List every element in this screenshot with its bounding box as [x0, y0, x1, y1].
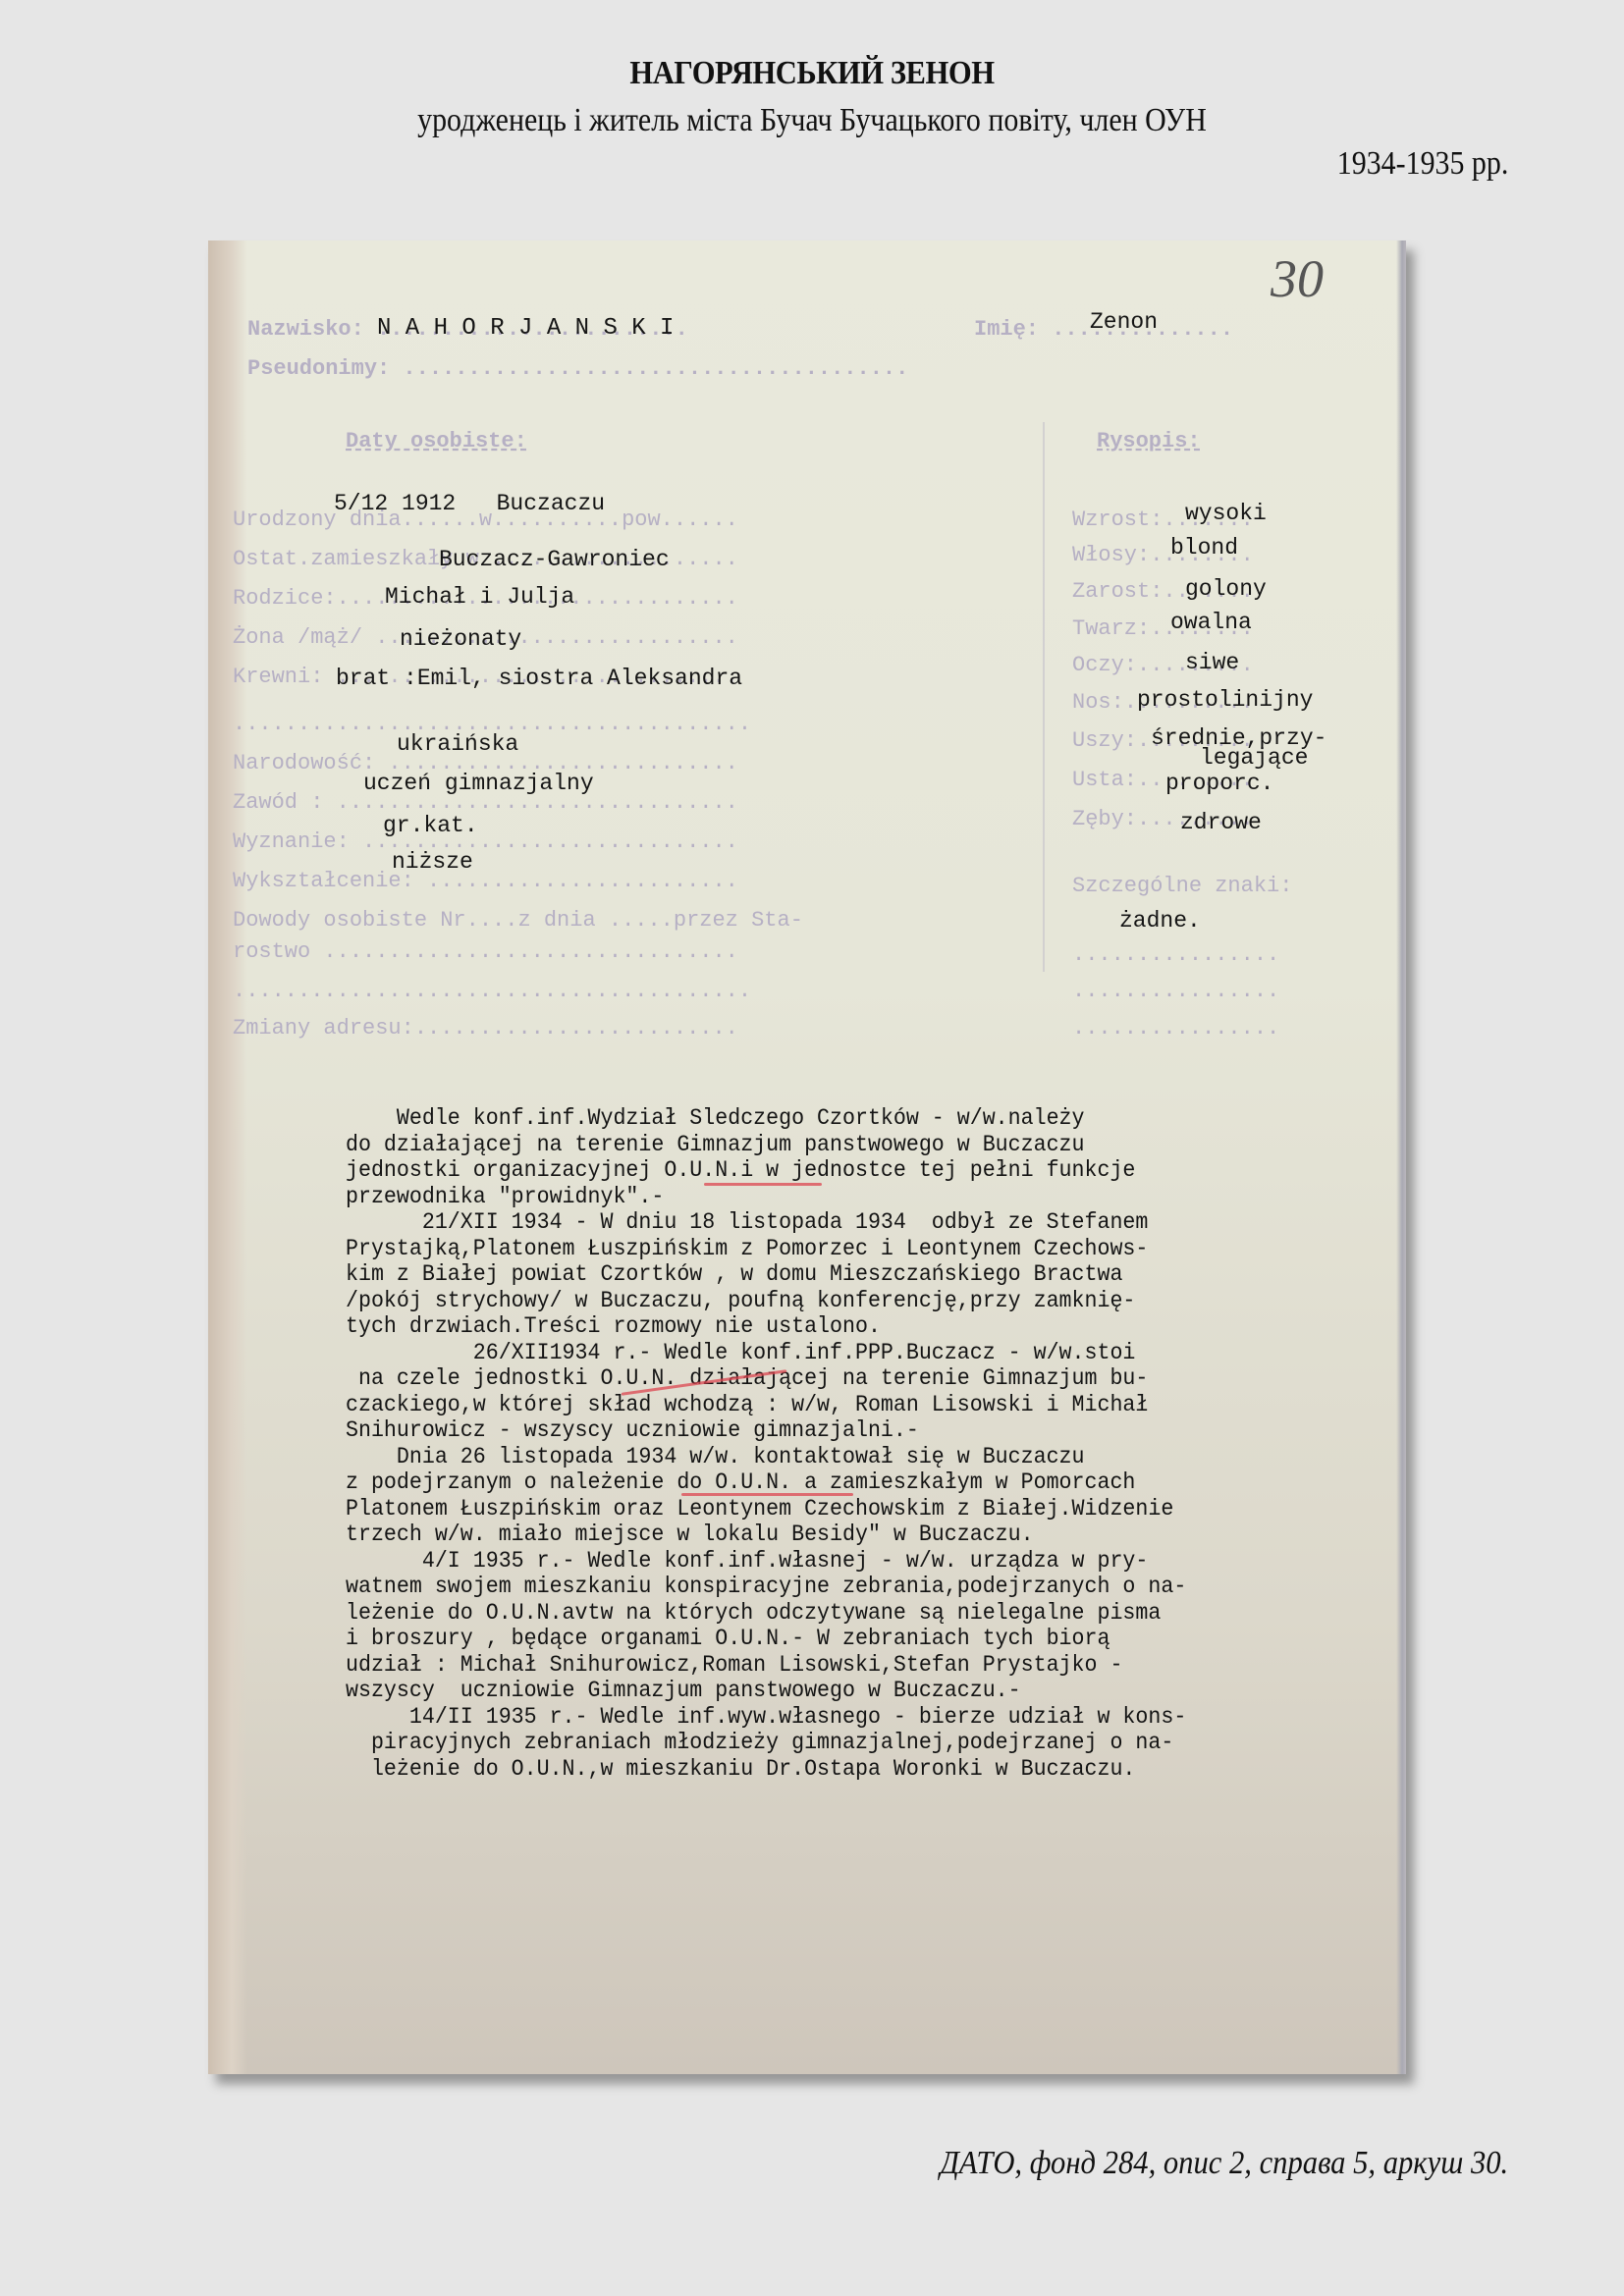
typed-surname: N A H O R J A N S K I — [377, 315, 674, 342]
form-field-label: ................ — [1072, 942, 1279, 967]
form-field-label: Dowody osobiste Nr....z dnia .....przez … — [233, 908, 803, 933]
typed-mouth: proporc. — [1165, 771, 1273, 796]
typed-last-residence: Buczacz-Gawroniec — [439, 547, 670, 572]
narrative-line: Snihurowicz - wszyscy uczniowie gimnazja… — [346, 1418, 1285, 1445]
typed-special-marks: żadne. — [1119, 908, 1201, 934]
form-field-label: rostwo ................................ — [233, 939, 738, 964]
narrative-line: 14/II 1935 r.- Wedle inf.wyw.własnego - … — [346, 1705, 1285, 1732]
date-range: 1934-1935 рр. — [1336, 145, 1508, 183]
column-divider — [1043, 422, 1045, 972]
narrative-line: wszyscy uczniowie Gimnazjum panstwowego … — [346, 1679, 1285, 1705]
narrative-line: 21/XII 1934 - W dniu 18 listopada 1934 o… — [346, 1210, 1285, 1237]
narrative-line: kim z Białej powiat Czortków , w domu Mi… — [346, 1262, 1285, 1289]
typed-birth: 5/12 1912 Buczaczu — [334, 491, 605, 516]
narrative-line: leżenie do O.U.N.,w mieszkaniu Dr.Ostapa… — [346, 1757, 1285, 1784]
narrative-line: 4/I 1935 r.- Wedle konf.inf.własnej - w/… — [346, 1549, 1285, 1575]
narrative-line: przewodnika "prowidnyk".- — [346, 1185, 1285, 1211]
form-field-label: Wykształcenie: ........................ — [233, 869, 738, 893]
narrative-line: 26/XII1934 r.- Wedle konf.inf.PPP.Buczac… — [346, 1341, 1285, 1367]
sheet-number: 30 — [1271, 248, 1324, 309]
narrative-line: Platonem Łuszpińskim oraz Leontynem Czec… — [346, 1497, 1285, 1523]
typed-eyes: siwe — [1185, 650, 1239, 675]
typed-nose: prostolinijny — [1137, 687, 1313, 713]
form-field-label: Zmiany adresu:......................... — [233, 1016, 738, 1041]
narrative-line: Dnia 26 listopada 1934 w/w. kontaktował … — [346, 1445, 1285, 1471]
narrative-line: /pokój strychowy/ w Buczaczu, poufną kon… — [346, 1289, 1285, 1315]
narrative-line: watnem swojem mieszkaniu konspiracyjne z… — [346, 1575, 1285, 1601]
form-field-label: Wyznanie: ............................. — [233, 829, 738, 854]
narrative-line: i broszury , będące organami O.U.N.- W z… — [346, 1627, 1285, 1653]
narrative-line: trzech w/w. miało miejsce w lokalu Besid… — [346, 1522, 1285, 1549]
narrative-line: piracyjnych zebraniach młodzieży gimnazj… — [346, 1731, 1285, 1757]
typed-parents: Michał i Julja — [385, 584, 574, 610]
red-strike-mark — [681, 1493, 853, 1496]
narrative-line: czackiego,w której skład wchodzą : w/w, … — [346, 1393, 1285, 1419]
page-subtitle: уродженець і житель міста Бучач Бучацько… — [97, 102, 1527, 139]
red-underline-mark — [704, 1183, 822, 1186]
typed-occupation: uczeń gimnazjalny — [363, 771, 594, 796]
label-pseudonyms: Pseudonimy: ............................… — [247, 356, 908, 381]
form-field-label: ........................................ — [233, 979, 751, 1003]
narrative-line: do działającej na terenie Gimnazjum pans… — [346, 1133, 1285, 1159]
typed-education: niższe — [392, 849, 473, 875]
typed-beard: golony — [1185, 576, 1267, 602]
form-field-label: ................ — [1072, 979, 1279, 1003]
narrative-line: tych drzwiach.Treści rozmowy nie ustalon… — [346, 1314, 1285, 1341]
narrative-text: Wedle konf.inf.Wydział Sledczego Czortkó… — [346, 1106, 1285, 1783]
page-title: НАГОРЯНСЬКИЙ ЗЕНОН — [81, 55, 1543, 92]
narrative-line: na czele jednostki O.U.N. działającej na… — [346, 1366, 1285, 1393]
typed-ears-cont: legające — [1200, 745, 1308, 771]
typed-spouse: nieżonaty — [400, 626, 521, 652]
archival-document-scan: 30 Nazwisko: ........................ Im… — [208, 240, 1406, 2074]
narrative-line: jednostki organizacyjnej O.U.N.i w jedno… — [346, 1158, 1285, 1185]
narrative-line: Wedle konf.inf.Wydział Sledczego Czortkó… — [346, 1106, 1285, 1133]
label-description-section: Rysopis: — [1097, 429, 1201, 454]
typed-relatives: brat :Emil, siostra Aleksandra — [336, 666, 742, 691]
narrative-line: udział : Michał Snihurowicz,Roman Lisows… — [346, 1653, 1285, 1680]
typed-hair: blond — [1170, 535, 1238, 561]
form-field-label: ................ — [1072, 1016, 1279, 1041]
narrative-line: Prystajką,Platonem Łuszpińskim z Pomorze… — [346, 1237, 1285, 1263]
archive-citation: ДАТО, фонд 284, опис 2, справа 5, аркуш … — [940, 2145, 1508, 2182]
typed-height: wysoki — [1185, 501, 1267, 526]
form-field-label: Szczególne znaki: — [1072, 874, 1292, 898]
typed-nationality: ukraińska — [397, 731, 518, 757]
typed-face: owalna — [1170, 610, 1252, 635]
typed-first-name: Zenon — [1090, 309, 1158, 335]
typed-teeth: zdrowe — [1180, 810, 1262, 835]
narrative-line: leżenie do O.U.N.avtw na których odczyty… — [346, 1601, 1285, 1628]
typed-religion: gr.kat. — [383, 813, 478, 838]
label-personal-section: Daty osobiste: — [346, 429, 527, 454]
